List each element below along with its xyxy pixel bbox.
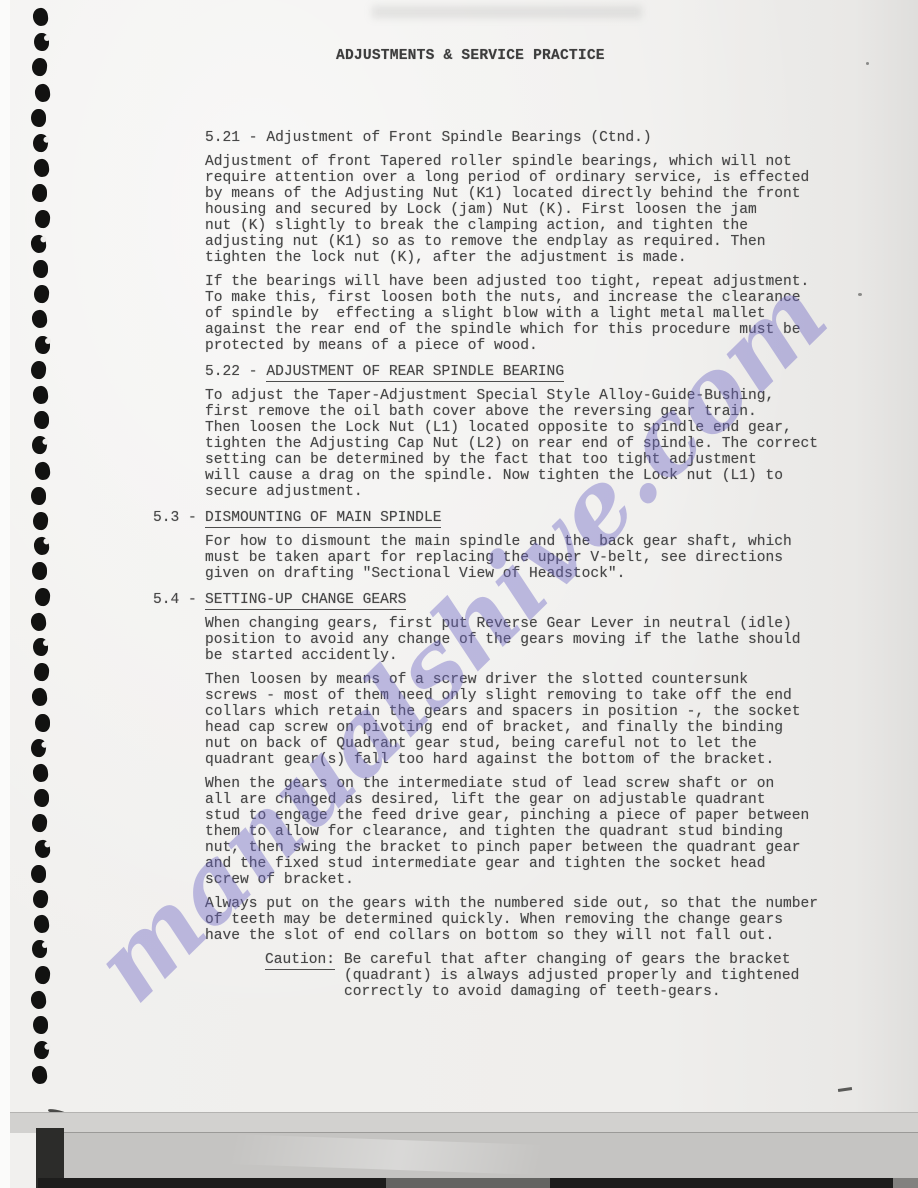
binding-hole [32,511,49,531]
binding-hole [33,284,50,304]
section-number: 5.3 - [153,510,206,526]
hole-notch [44,35,50,41]
section-title: DISMOUNTING OF MAIN SPINDLE [205,510,441,528]
paragraph: If the bearings will have been adjusted … [205,274,853,354]
binding-hole [30,234,47,254]
binding-hole [32,763,49,783]
paragraph: When the gears on the intermediate stud … [205,776,853,888]
binding-hole [33,638,48,656]
section-heading-5.4: 5.4 - SETTING-UP CHANGE GEARS [205,592,853,608]
binding-hole [32,184,47,202]
pencil-dash-mark [838,1087,852,1092]
section-number: 5.22 - [205,364,266,380]
paragraph: When changing gears, first put Reverse G… [205,616,853,664]
hole-notch [43,136,50,143]
binding-hole [33,914,50,934]
scan-speck [858,293,862,296]
binding-hole [33,662,50,682]
binding-hole [35,336,50,354]
page-title: ADJUSTMENTS & SERVICE PRACTICE [336,48,605,64]
binding-hole [33,260,48,278]
section-title: Adjustment of Front Spindle Bearings (Ct… [266,130,651,146]
binding-hole [35,714,50,732]
hole-notch [43,538,50,545]
binding-hole [31,688,48,708]
caution-line: correctly to avoid damaging of teeth-gea… [265,984,853,1000]
binding-hole [31,109,46,127]
scan-speck [866,62,869,65]
caution-label: Caution: [265,952,335,970]
binding-hole [32,562,47,580]
scan-smudge [372,6,642,18]
binding-hole [32,889,49,909]
section-heading-5.22: 5.22 - ADJUSTMENT OF REAR SPINDLE BEARIN… [205,364,853,380]
caution-line: Caution: Be careful that after changing … [265,952,853,968]
binding-hole [32,385,49,405]
binding-hole [30,360,47,380]
binding-hole [32,7,49,27]
hole-notch [44,841,51,848]
binding-hole [31,436,48,456]
hole-notch [42,439,49,446]
binding-hole [30,990,47,1010]
paragraph: Adjustment of front Tapered roller spind… [205,154,853,266]
binding-hole [31,310,48,330]
binding-hole [34,839,51,859]
hole-notch [41,741,48,748]
binding-hole [31,1066,48,1086]
binding-hole [34,411,49,429]
binding-hole [34,461,51,481]
scanned-page: ADJUSTMENTS & SERVICE PRACTICE 5.21 - Ad… [0,0,918,1188]
binding-hole [34,209,51,229]
binding-hole [33,1016,48,1034]
binding-hole [34,83,51,103]
binding-hole [33,536,50,556]
section-title: SETTING-UP CHANGE GEARS [205,592,406,610]
section-number: 5.4 - [153,592,206,608]
section-number: 5.21 - [205,130,266,146]
caution-line: (quadrant) is always adjusted properly a… [265,968,853,984]
paragraph: Then loosen by means of a screw driver t… [205,672,853,768]
binding-hole [32,133,49,153]
binding-hole [30,738,47,758]
section-heading-5.21: 5.21 - Adjustment of Front Spindle Beari… [205,130,853,146]
binding-hole [33,1040,50,1060]
hole-notch [45,338,51,344]
hole-notch [44,1044,51,1051]
hole-notch [43,640,49,646]
binding-hole [34,965,51,985]
binding-hole [34,789,49,807]
scanner-bed-highlight [893,1178,918,1188]
paragraph: Always put on the gears with the numbere… [205,896,853,944]
binding-hole [33,158,50,178]
caution-note: Caution: Be careful that after changing … [265,952,853,1000]
binding-hole [32,940,47,958]
paragraph: For how to dismount the main spindle and… [205,534,853,582]
scanner-edge-left [0,0,10,1188]
binding-hole [31,865,46,883]
paragraph: To adjust the Taper-Adjustment Special S… [205,388,853,500]
binding-hole [30,612,47,632]
section-heading-5.3: 5.3 - DISMOUNTING OF MAIN SPINDLE [205,510,853,526]
binding-hole [31,487,46,505]
section-title: ADJUSTMENT OF REAR SPINDLE BEARING [266,364,564,382]
scanner-bed-highlight [386,1178,550,1188]
binding-hole [34,33,49,51]
binding-hole [31,58,48,78]
binding-hole [34,587,51,607]
page-bottom-edge [10,1112,918,1133]
binding-hole [31,814,48,834]
hole-notch [42,942,48,948]
hole-notch [40,236,47,243]
document-body: 5.21 - Adjustment of Front Spindle Beari… [205,120,853,1008]
